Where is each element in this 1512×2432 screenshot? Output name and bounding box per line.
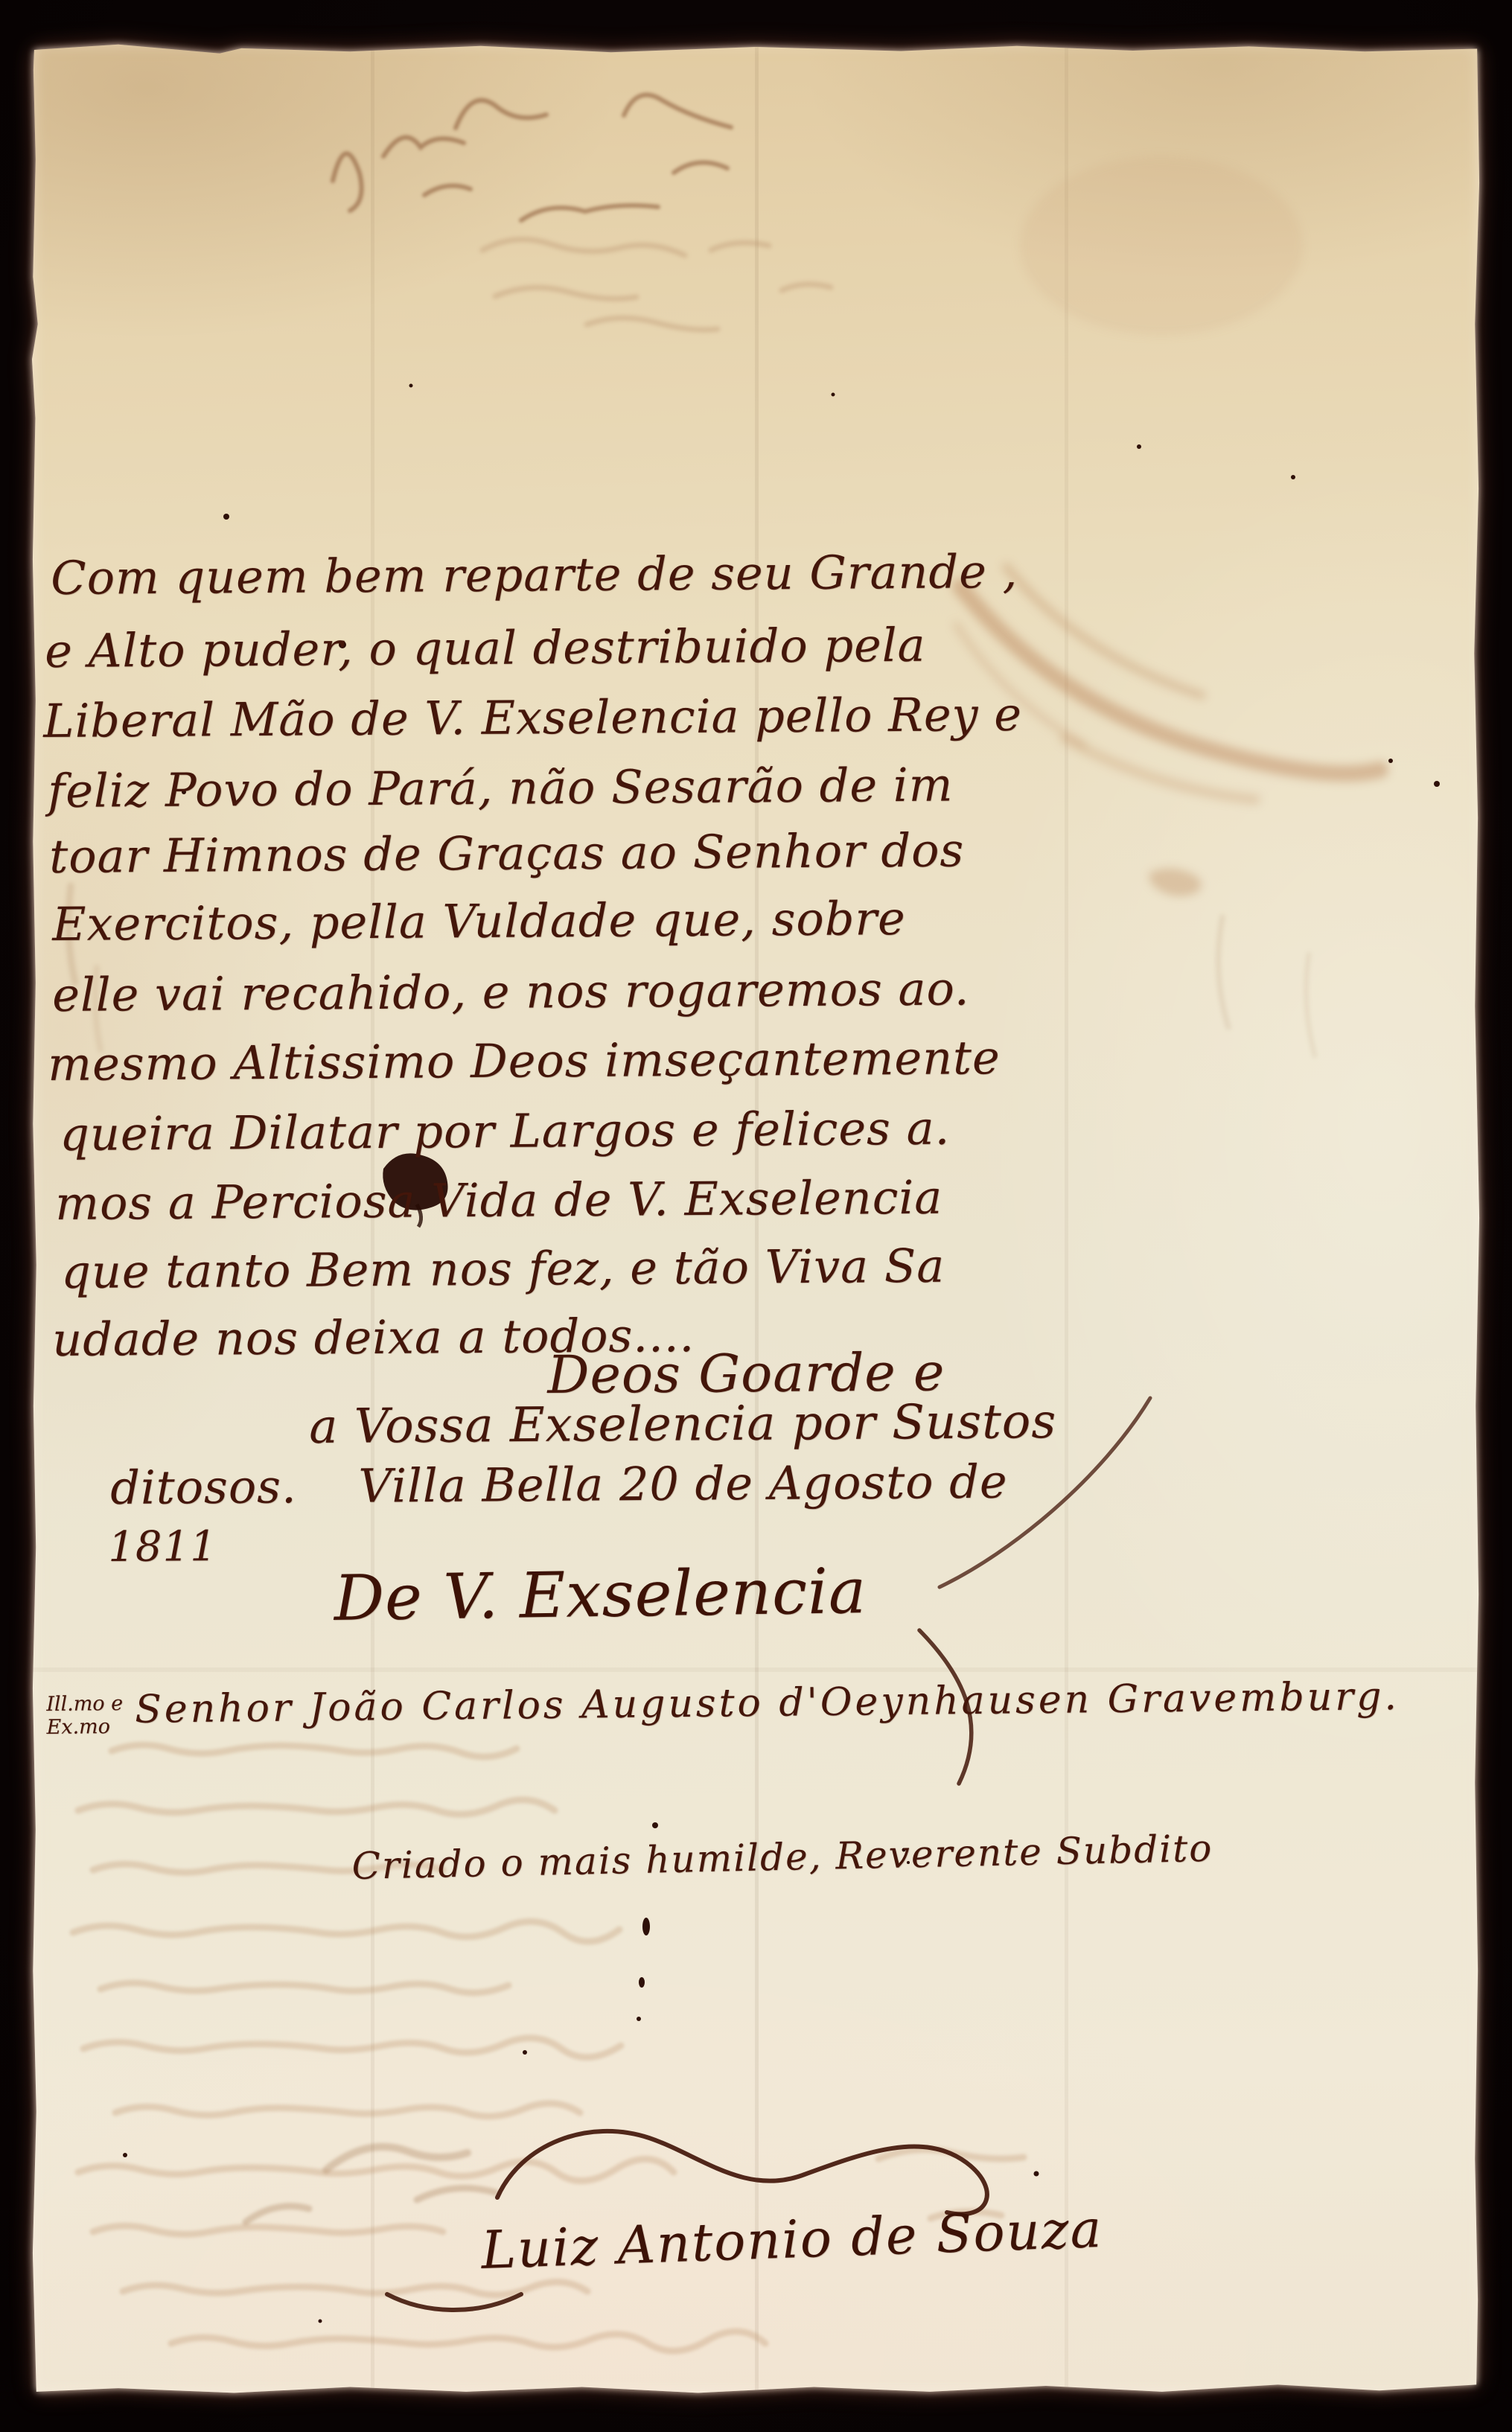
letter-year: 1811 xyxy=(108,1522,217,1571)
addressee-honorific-stack: Ill.mo e Ex.mo xyxy=(46,1692,124,1739)
letter-line: Com quem bem reparte de seu Grande , xyxy=(51,544,1018,605)
letter-line: mesmo Altissimo Deos imseçantemente xyxy=(48,1030,1001,1091)
addressee-name: Senhor João Carlos Augusto d'Oeynhausen … xyxy=(135,1674,1400,1732)
letter-line: Liberal Mão de V. Exselencia pello Rey e xyxy=(43,687,1022,748)
letter-line: feliz Povo do Pará, não Sesarão de im xyxy=(48,758,954,818)
letter-closing-line: a Vossa Exselencia por Sustos xyxy=(309,1394,1056,1455)
signature: Luiz Antonio de Souza xyxy=(480,2198,1103,2281)
addressee-honorific-bottom: Ex.mo xyxy=(46,1715,123,1739)
photo-backdrop: Com quem bem reparte de seu Grande , e A… xyxy=(0,0,1512,2432)
letter-valediction: Criado o mais humilde, Reverente Subdito xyxy=(351,1827,1213,1888)
letter-line: toar Himnos de Graças ao Senhor dos xyxy=(49,823,964,884)
letter-line: queira Dilatar por Largos e felices a. xyxy=(60,1101,950,1161)
letter-line: elle vai recahido, e nos rogaremos ao. xyxy=(52,961,970,1022)
letter-dateline: ditosos. Villa Bella 20 de Agosto de xyxy=(110,1455,1008,1515)
letter-text: Com quem bem reparte de seu Grande , e A… xyxy=(0,0,1512,2432)
letter-addressee: Ill.mo e Ex.mo Senhor João Carlos August… xyxy=(46,1674,1400,1739)
letter-salutation: De V. Exselencia xyxy=(334,1554,867,1635)
letter-line: Exercitos, pella Vuldade que, sobre xyxy=(52,891,906,951)
letter-line: mos a Perciosa Vida de V. Exselencia xyxy=(55,1170,942,1231)
letter-line: que tanto Bem nos fez, e tão Viva Sa xyxy=(61,1239,945,1299)
letter-line: e Alto puder, o qual destribuido pela xyxy=(45,618,926,678)
addressee-honorific-top: Ill.mo e xyxy=(46,1692,123,1716)
